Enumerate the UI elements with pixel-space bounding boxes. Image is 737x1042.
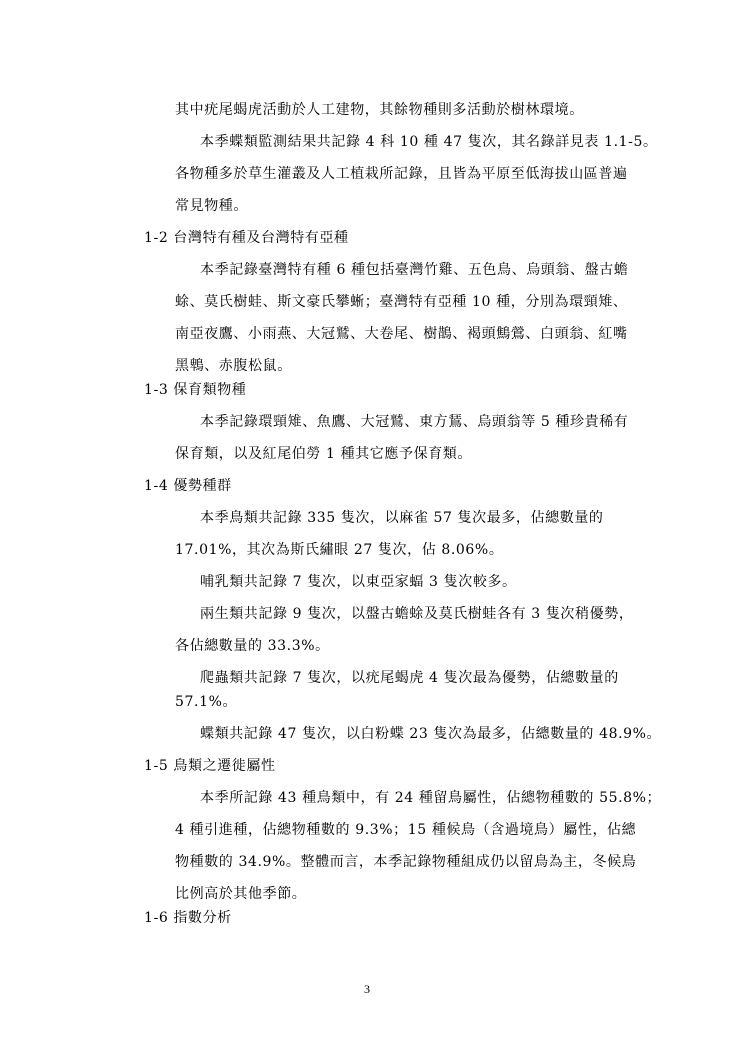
paragraph-line: 蝶類共記錄 47 隻次，以白粉蝶 23 隻次為最多，佔總數量的 48.9%。: [200, 725, 661, 743]
paragraph-line: 常見物種。: [175, 197, 248, 215]
paragraph-line: 本季記錄臺灣特有種 6 種包括臺灣竹雞、五色鳥、烏頭翁、盤古蟾: [200, 261, 628, 279]
paragraph-line: 黑鵯、赤腹松鼠。: [175, 357, 292, 375]
paragraph-line: 本季蝶類監測結果共記錄 4 科 10 種 47 隻次，其名錄詳見表 1.1-5。: [200, 133, 658, 151]
document-page: 其中疣尾蝎虎活動於人工建物，其餘物種則多活動於樹林環境。 本季蝶類監測結果共記錄…: [0, 0, 737, 1042]
section-heading-1-2: 1-2 台灣特有種及台灣特有亞種: [144, 229, 349, 247]
paragraph-line: 各物種多於草生灌叢及人工植栽所記錄，且皆為平原至低海拔山區普遍: [175, 165, 628, 183]
section-heading-1-4: 1-4 優勢種群: [144, 477, 232, 495]
section-heading-1-3: 1-3 保育類物種: [144, 381, 246, 399]
paragraph-line: 爬蟲類共記錄 7 隻次，以疣尾蝎虎 4 隻次最為優勢，佔總數量的: [200, 669, 619, 687]
page-number: 3: [364, 982, 370, 997]
paragraph-line: 本季所記錄 43 種鳥類中，有 24 種留鳥屬性，佔總物種數的 55.8%；: [200, 789, 661, 807]
paragraph-line: 本季記錄環頸雉、魚鷹、大冠鷲、東方鵟、烏頭翁等 5 種珍貴稀有: [200, 413, 628, 431]
section-heading-1-6: 1-6 指數分析: [144, 909, 232, 927]
paragraph-line: 17.01%，其次為斯氏繡眼 27 隻次，佔 8.06%。: [175, 541, 503, 559]
paragraph-line: 物種數的 34.9%。整體而言，本季記錄物種組成仍以留鳥為主，冬候鳥: [175, 853, 636, 871]
paragraph-line: 4 種引進種，佔總物種數的 9.3%；15 種候鳥（含過境鳥）屬性，佔總: [175, 821, 636, 839]
paragraph-line: 比例高於其他季節。: [175, 885, 306, 903]
paragraph-line: 其中疣尾蝎虎活動於人工建物，其餘物種則多活動於樹林環境。: [175, 101, 584, 119]
section-heading-1-5: 1-5 鳥類之遷徙屬性: [144, 757, 276, 775]
paragraph-line: 蜍、莫氏樹蛙、斯文豪氏攀蜥；臺灣特有亞種 10 種，分別為環頸雉、: [175, 293, 628, 311]
paragraph-line: 哺乳類共記錄 7 隻次，以東亞家蝠 3 隻次較多。: [200, 573, 517, 591]
paragraph-line: 南亞夜鷹、小雨燕、大冠鷲、大卷尾、樹鵲、褐頭鷦鶯、白頭翁、紅嘴: [175, 325, 628, 343]
paragraph-line: 本季鳥類共記錄 335 隻次，以麻雀 57 隻次最多，佔總數量的: [200, 509, 604, 527]
paragraph-line: 57.1%。: [175, 693, 237, 711]
paragraph-line: 各佔總數量的 33.3%。: [175, 637, 330, 655]
paragraph-line: 保育類，以及紅尾伯勞 1 種其它應予保育類。: [175, 445, 472, 463]
paragraph-line: 兩生類共記錄 9 隻次，以盤古蟾蜍及莫氏樹蛙各有 3 隻次稍優勢，: [200, 605, 633, 623]
